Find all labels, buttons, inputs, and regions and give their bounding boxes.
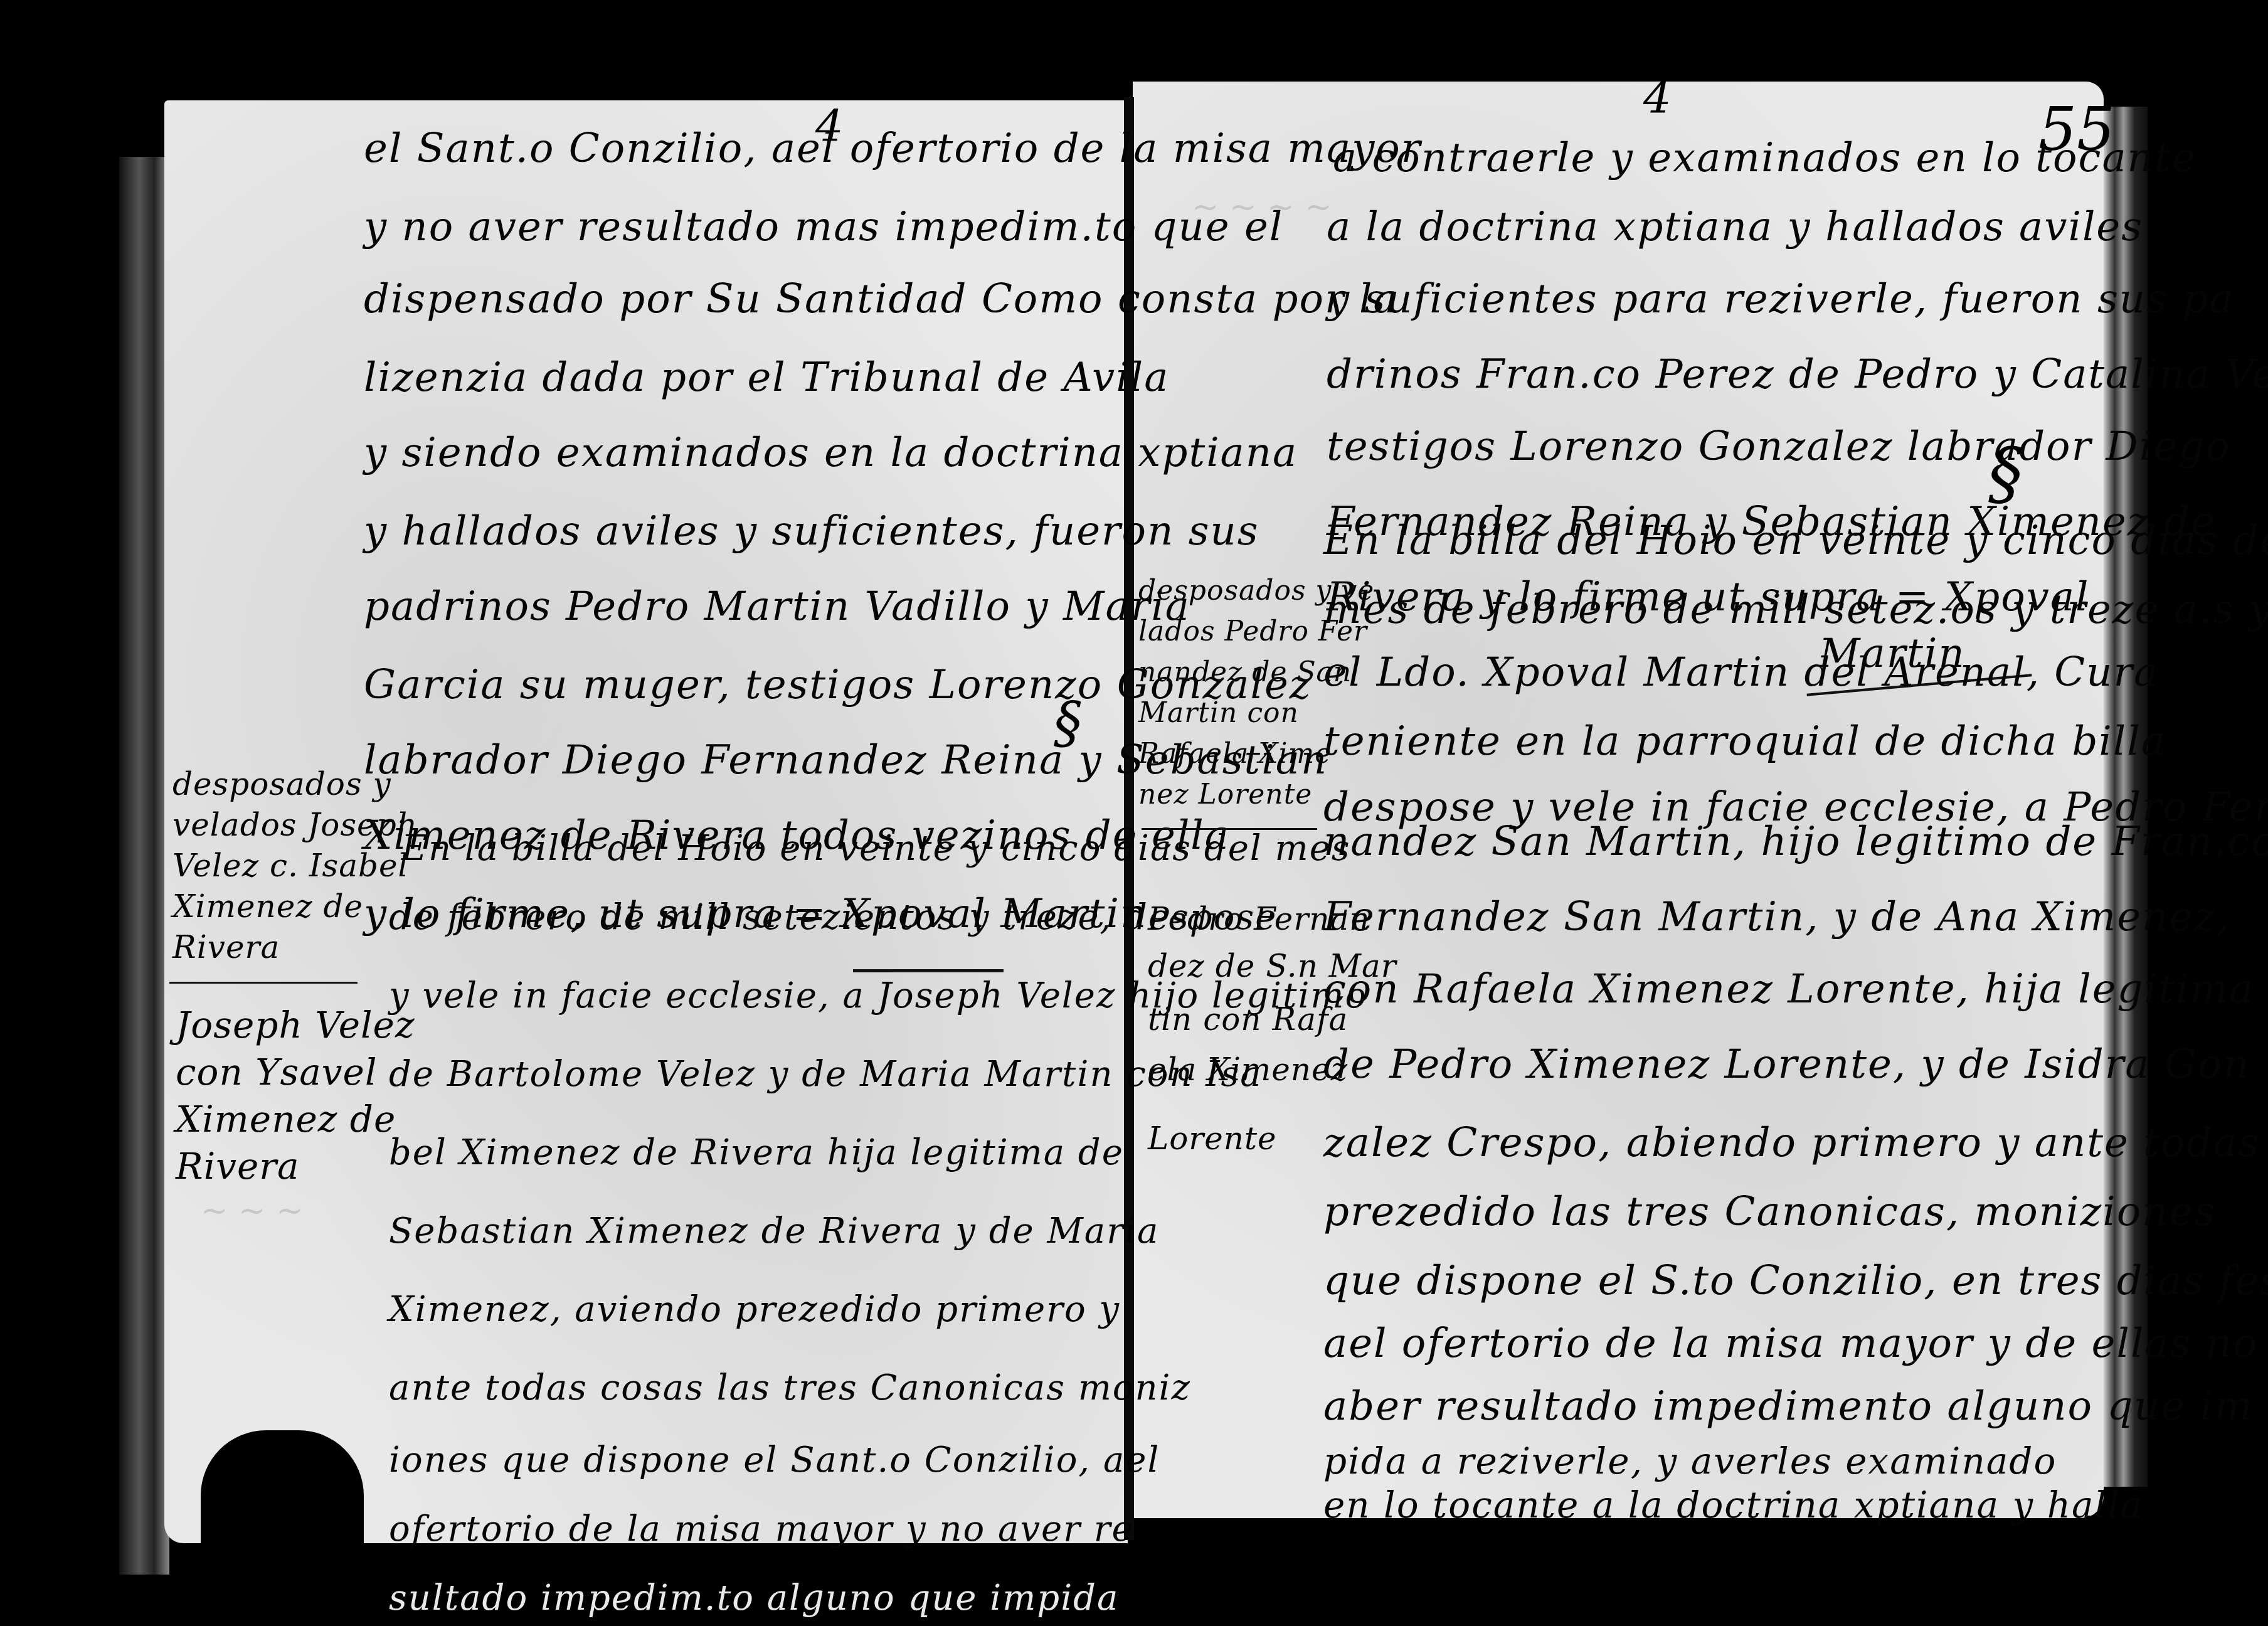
margin-note-line: Rafaela Xime [1138, 740, 1332, 768]
manuscript-line: Fernandez San Martin, y de Ana Ximenez, [1323, 897, 2230, 937]
margin-divider [169, 982, 358, 984]
manuscript-line: a contraerle y examinados en lo tocante [1333, 138, 2196, 178]
manuscript-line-offpage: sultado impedim.to alguno que impida [389, 1581, 1119, 1616]
margin-note-line: Ximenez de [172, 891, 363, 922]
signature-flourish [853, 969, 1004, 972]
manuscript-line: y hallados aviles y suficientes, fueron … [364, 511, 1259, 551]
manuscript-line: iones que dispone el Sant.o Conzilio, ae… [389, 1443, 1160, 1478]
manuscript-line: dispensado por Su Santidad Como consta p… [364, 279, 1399, 319]
margin-note-line: nez Lorente [1138, 781, 1312, 809]
margin-note-line: Martin con [1138, 699, 1299, 727]
manuscript-line: pida a reziverle, y averles examinado [1323, 1443, 2057, 1479]
margin-note-line: Rivera [176, 1148, 300, 1184]
margin-divider [1142, 828, 1317, 830]
margin-note-line: Velez c. Isabel [172, 850, 409, 881]
margin-note-line: Joseph Velez [176, 1007, 415, 1043]
manuscript-line: de febrero de mill setezientos y treze, … [389, 900, 1277, 935]
manuscript-line: lizenzia dada por el Tribunal de Avila [364, 358, 1169, 398]
manuscript-line: nandez San Martin, hijo legitimo de Fran… [1323, 822, 2268, 862]
manuscript-line: ofertorio de la misa mayor y no aver re [389, 1512, 1134, 1547]
manuscript-line: y siendo examinados en la doctrina xptia… [364, 433, 1298, 473]
manuscript-line: aber resultado impedimento alguno que im [1323, 1386, 2254, 1427]
book-spine-edge [119, 157, 169, 1575]
signature-rubric-icon: § [1988, 433, 2023, 513]
manuscript-line: que dispone el S.to Conzilio, en tres di… [1323, 1261, 2268, 1301]
manuscript-line: Ximenez, aviendo prezedido primero y [389, 1292, 1120, 1327]
margin-note-line: velados Joseph [172, 809, 418, 841]
top-mark: 4 [1643, 72, 1672, 124]
manuscript-line: y no aver resultado mas impedim.to que e… [364, 207, 1283, 247]
manuscript-line: el Ldo. Xpoval Martin del Arenal, Cura [1323, 652, 2159, 693]
bleed-through-text: ~ ~ ~ [201, 1192, 304, 1230]
manuscript-line: en lo tocante a la doctrina xptiana y ha… [1323, 1487, 2143, 1523]
margin-note-line: Ximenez de [176, 1101, 396, 1137]
margin-note-line: Rivera [172, 932, 280, 963]
manuscript-line: padrinos Pedro Martin Vadillo y Maria [364, 587, 1190, 627]
margin-note-line: Lorente [1148, 1123, 1277, 1154]
manuscript-line: En la billa del Hoio en veinte y cinco d… [401, 831, 1351, 866]
margin-note-line: desposados y [172, 768, 391, 800]
manuscript-line: Sebastian Ximenez de Rivera y de Maria [389, 1214, 1159, 1249]
signature-rubric-icon: § [1054, 690, 1082, 756]
manuscript-line: teniente en la parroquial de dicha billa [1323, 721, 2166, 762]
manuscript-line: el Sant.o Conzilio, ael ofertorio de la … [364, 129, 1421, 169]
manuscript-line: En la billa del Hoio en veinte y cinco d… [1323, 521, 2268, 561]
margin-note-line: tin con Rafa [1148, 1004, 1348, 1035]
manuscript-line: y suficientes para reziverle, fueron sus… [1327, 279, 2234, 319]
margin-note-line: ela Ximenez [1148, 1054, 1348, 1085]
manuscript-line: prezedido las tres Canonicas, moniziones [1323, 1192, 2216, 1232]
margin-note-line: con Ysavel [176, 1054, 377, 1090]
margin-note-line: nandez de San [1138, 659, 1352, 686]
manuscript-line: ante todas cosas las tres Canonicas moni… [389, 1371, 1191, 1406]
manuscript-line: de Bartolome Velez y de Maria Martin con… [389, 1057, 1263, 1092]
manuscript-line: bel Ximenez de Rivera hija legitima de [389, 1135, 1124, 1171]
manuscript-line: con Rafaela Ximenez Lorente, hija legiti… [1323, 969, 2254, 1009]
manuscript-line: mes de febrero de mill setez.os y treze … [1323, 590, 2268, 630]
manuscript-line: testigos Lorenzo Gonzalez labrador Diego [1327, 427, 2231, 467]
manuscript-line: a la doctrina xptiana y hallados aviles [1327, 207, 2143, 247]
scanner-clip-shadow [201, 1430, 364, 1593]
manuscript-line: zalez Crespo, abiendo primero y ante tod… [1323, 1123, 2260, 1163]
manuscript-line: de Pedro Ximenez Lorente, y de Isidra Go… [1323, 1044, 2250, 1085]
manuscript-line: ael ofertorio de la misa mayor y de ella… [1323, 1324, 2258, 1364]
manuscript-line: drinos Fran.co Perez de Pedro y Catalina… [1327, 354, 2268, 395]
